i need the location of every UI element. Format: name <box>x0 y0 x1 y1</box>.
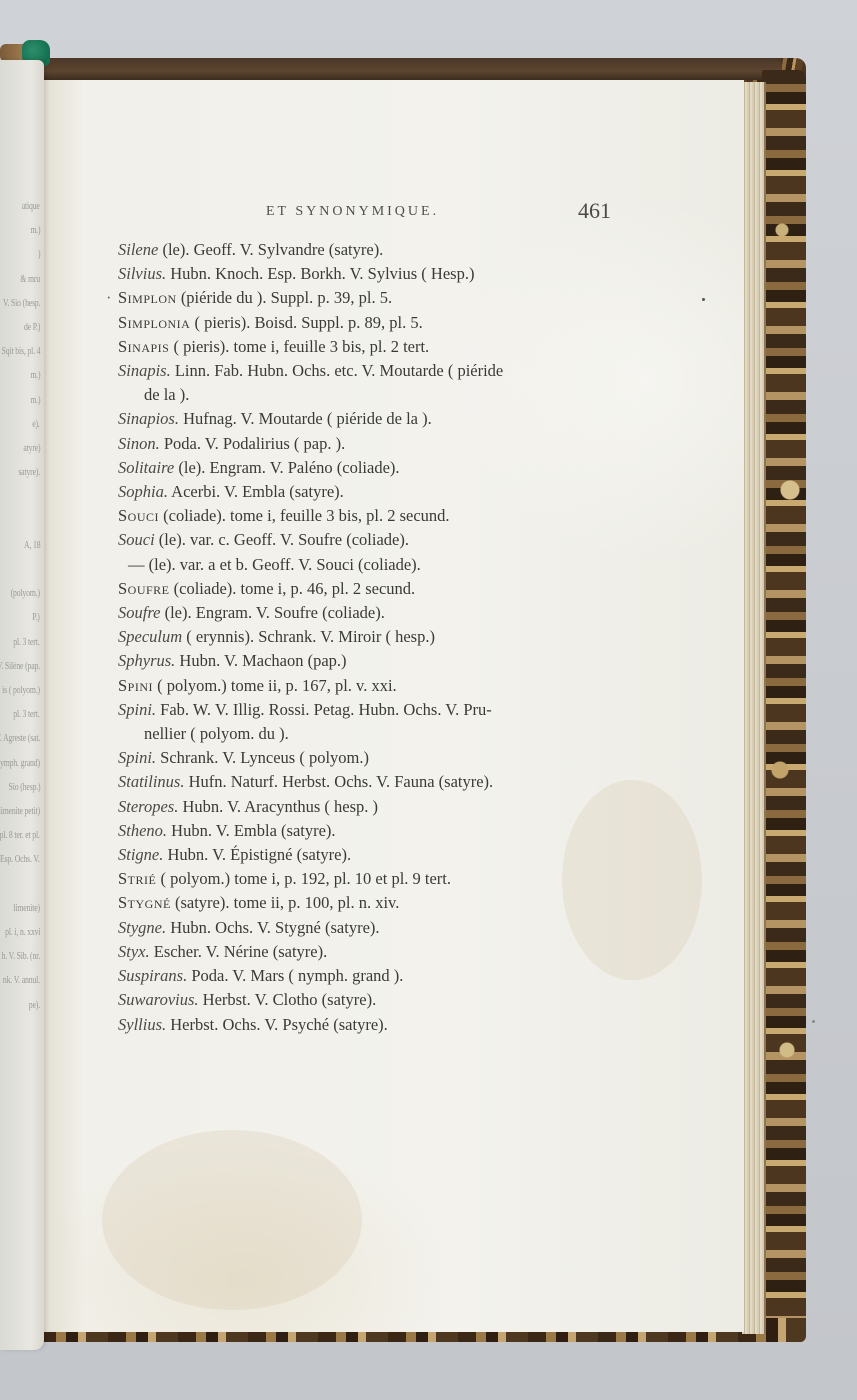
entry-reference: Schrank. V. Lynceus ( polyom.) <box>156 748 369 767</box>
entry-reference: (satyre). tome ii, p. 100, pl. n. xiv. <box>171 893 400 912</box>
entry-reference: (piéride du ). Suppl. p. 39, pl. 5. <box>177 288 392 307</box>
index-entry: Spini ( polyom.) tome ii, p. 167, pl. v.… <box>118 674 638 698</box>
left-page-text-fragment: de P.) <box>24 321 40 333</box>
left-page-text-fragment: is ( polyom.) <box>2 684 40 696</box>
entry-reference: ( pieris). tome i, feuille 3 bis, pl. 2 … <box>169 337 429 356</box>
entry-term: Stygné <box>118 893 171 912</box>
entry-term: Statilinus. <box>118 772 184 791</box>
entry-term: Spini <box>118 676 153 695</box>
entry-term: Simplonia <box>118 313 190 332</box>
index-entry: Sphyrus. Hubn. V. Machaon (pap.) <box>118 649 638 673</box>
index-entry: nellier ( polyom. du ). <box>118 722 638 746</box>
entry-term: Sphyrus. <box>118 651 175 670</box>
left-page-text-fragment: m.) <box>30 224 40 236</box>
left-page-text-fragment: e). <box>33 418 40 430</box>
entry-reference: Hubn. V. Aracynthus ( hesp. ) <box>178 797 378 816</box>
left-page-text-fragment: A, 18 <box>24 539 40 551</box>
entry-reference: ( polyom.) tome i, p. 192, pl. 10 et pl.… <box>156 869 451 888</box>
entry-reference: ( erynnis). Schrank. V. Miroir ( hesp.) <box>182 627 435 646</box>
index-entry: Sinapis ( pieris). tome i, feuille 3 bis… <box>118 335 638 359</box>
entry-term: Sinon. <box>118 434 160 453</box>
left-page-text-fragment: limenite) <box>13 902 40 914</box>
index-entry: Speculum ( erynnis). Schrank. V. Miroir … <box>118 625 638 649</box>
entry-term: Styx. <box>118 942 150 961</box>
entry-term: Steropes. <box>118 797 178 816</box>
left-page-text-fragment: satyre). <box>18 466 40 478</box>
index-entry: Sinapios. Hufnag. V. Moutarde ( piéride … <box>118 407 638 431</box>
left-page-text-fragment: ie. V. Silène (pap. <box>0 660 40 672</box>
entry-reference: Escher. V. Nérine (satyre). <box>150 942 328 961</box>
entry-reference: (coliade). tome i, feuille 3 bis, pl. 2 … <box>159 506 450 525</box>
left-page-text-fragment: h. V. Sib. (nr. <box>2 950 40 962</box>
entry-reference: Fab. W. V. Illig. Rossi. Petag. Hubn. Oc… <box>156 700 492 719</box>
entry-term: Solitaire <box>118 458 174 477</box>
index-entry: Styx. Escher. V. Nérine (satyre). <box>118 940 638 964</box>
index-entry: Suwarovius. Herbst. V. Clotho (satyre). <box>118 988 638 1012</box>
index-entry: Simplonia ( pieris). Boisd. Suppl. p. 89… <box>118 311 638 335</box>
entry-reference: Linn. Fab. Hubn. Ochs. etc. V. Moutarde … <box>171 361 504 380</box>
entry-reference: ( pieris). Boisd. Suppl. p. 89, pl. 5. <box>190 313 422 332</box>
entry-term: Silene <box>118 240 158 259</box>
left-page-text-fragment: ie. F. Agreste (sat. <box>0 732 40 744</box>
index-entry: Solitaire (le). Engram. V. Paléno (colia… <box>118 456 638 480</box>
entry-term: Spini. <box>118 700 156 719</box>
left-page-text-fragment: 6, pl. 8 ter. et pl. <box>0 829 40 841</box>
entry-reference: (le). var. a et b. Geoff. V. Souci (coli… <box>145 555 421 574</box>
index-entry: Spini. Fab. W. V. Illig. Rossi. Petag. H… <box>118 698 638 722</box>
entry-reference: (coliade). tome i, p. 46, pl. 2 secund. <box>170 579 416 598</box>
left-page-text-fragment: ymph. grand) <box>0 757 40 769</box>
entry-reference: Poda. V. Podalirius ( pap. ). <box>160 434 345 453</box>
left-page-text-fragment: pl. 3 tert. <box>14 708 40 720</box>
entry-term: Soufre <box>118 603 160 622</box>
book-cover-spine-edge <box>762 70 806 1338</box>
entry-term: Sinapis <box>118 337 169 356</box>
index-entry: Spini. Schrank. V. Lynceus ( polyom.) <box>118 746 638 770</box>
left-page-text-fragment: V. Sio (hesp. <box>3 297 40 309</box>
entry-reference: Hufn. Naturf. Herbst. Ochs. V. Fauna (sa… <box>184 772 493 791</box>
index-entry: Souci (coliade). tome i, feuille 3 bis, … <box>118 504 638 528</box>
left-page-text-fragment: pl. 3 tert. <box>14 636 40 648</box>
entry-reference: Hubn. Knoch. Esp. Borkh. V. Sylvius ( He… <box>166 264 474 283</box>
entry-term: Silvius. <box>118 264 166 283</box>
left-page-text-fragment: pe). <box>29 999 40 1011</box>
entry-term: Souci <box>118 506 159 525</box>
entry-reference: Herbst. V. Clotho (satyre). <box>199 990 377 1009</box>
entry-reference: (le). Engram. V. Paléno (coliade). <box>174 458 399 477</box>
entry-reference: (le). Engram. V. Soufre (coliade). <box>160 603 384 622</box>
left-page-text-fragment: pl. i, n. xxvi <box>5 926 40 938</box>
index-entries: Silene (le). Geoff. V. Sylvandre (satyre… <box>118 238 638 1037</box>
entry-reference: Hubn. V. Embla (satyre). <box>167 821 336 840</box>
book-photo: atiquem.))& mruV. Sio (hesp.de P.)Sqit b… <box>0 0 857 1400</box>
index-entry: Strié ( polyom.) tome i, p. 192, pl. 10 … <box>118 867 638 891</box>
index-entry: Sophia. Acerbi. V. Embla (satyre). <box>118 480 638 504</box>
entry-reference: Hubn. V. Machaon (pap.) <box>175 651 346 670</box>
entry-term: Suwarovius. <box>118 990 199 1009</box>
entry-term: Stigne. <box>118 845 163 864</box>
entry-reference: Hufnag. V. Moutarde ( piéride de la ). <box>179 409 432 428</box>
left-page-text-fragment: ) <box>38 248 40 260</box>
entry-term: Stheno. <box>118 821 167 840</box>
entry-reference: Herbst. Ochs. V. Psyché (satyre). <box>166 1015 388 1034</box>
left-page-text-fragment: atyre) <box>23 442 40 454</box>
left-page-text-fragment: Sio (hesp.) <box>8 781 40 793</box>
left-page-text-fragment: m.) <box>30 369 40 381</box>
entry-term: Simplon <box>118 288 177 307</box>
index-entry: Suspirans. Poda. V. Mars ( nymph. grand … <box>118 964 638 988</box>
page-edges <box>742 82 766 1334</box>
entry-reference: Hubn. Ochs. V. Stygné (satyre). <box>166 918 379 937</box>
entry-term: Sinapis. <box>118 361 171 380</box>
left-page-text-fragment: st. Esp. Ochs. V. <box>0 853 40 865</box>
index-entry: Stygne. Hubn. Ochs. V. Stygné (satyre). <box>118 916 638 940</box>
entry-reference: Poda. V. Mars ( nymph. grand ). <box>187 966 403 985</box>
book-cover-top-edge <box>40 58 782 80</box>
entry-term: Stygne. <box>118 918 166 937</box>
index-entry: ·Simplon (piéride du ). Suppl. p. 39, pl… <box>118 286 638 310</box>
entry-term: Soufre <box>118 579 170 598</box>
left-page-text-fragment: nk. V. annul. <box>3 974 40 986</box>
entry-term: Suspirans. <box>118 966 187 985</box>
index-entry: Stheno. Hubn. V. Embla (satyre). <box>118 819 638 843</box>
entry-reference: Hubn. V. Épistigné (satyre). <box>163 845 351 864</box>
index-entry: Souci (le). var. c. Geoff. V. Soufre (co… <box>118 528 638 552</box>
index-entry: Stygné (satyre). tome ii, p. 100, pl. n.… <box>118 891 638 915</box>
margin-dot: · <box>106 286 112 310</box>
page-number: 461 <box>578 198 611 224</box>
index-entry: Sinapis. Linn. Fab. Hubn. Ochs. etc. V. … <box>118 359 638 383</box>
index-entry: Stigne. Hubn. V. Épistigné (satyre). <box>118 843 638 867</box>
entry-term: Sophia. <box>118 482 168 501</box>
left-page-text-fragment: m.) <box>30 394 40 406</box>
left-page-text-fragment: atique <box>22 200 40 212</box>
entry-reference: (le). var. c. Geoff. V. Soufre (coliade)… <box>155 530 409 549</box>
entry-term: Sinapios. <box>118 409 179 428</box>
entry-term: Spini. <box>118 748 156 767</box>
left-page-text-fragment: limenite petit) <box>0 805 40 817</box>
index-entry: Steropes. Hubn. V. Aracynthus ( hesp. ) <box>118 795 638 819</box>
index-entry: de la ). <box>118 383 638 407</box>
entry-term: — <box>128 555 145 574</box>
index-entry: Syllius. Herbst. Ochs. V. Psyché (satyre… <box>118 1013 638 1037</box>
entry-reference: (le). Geoff. V. Sylvandre (satyre). <box>158 240 383 259</box>
index-entry: Silene (le). Geoff. V. Sylvandre (satyre… <box>118 238 638 262</box>
entry-term: Souci <box>118 530 155 549</box>
index-entry: Soufre (coliade). tome i, p. 46, pl. 2 s… <box>118 577 638 601</box>
entry-reference: de la ). <box>144 385 189 404</box>
entry-term: Strié <box>118 869 156 888</box>
left-page-text-fragment: & mru <box>20 273 40 285</box>
left-page-text-fragment: P.) <box>32 611 40 623</box>
left-page-edge: atiquem.))& mruV. Sio (hesp.de P.)Sqit b… <box>0 60 44 1350</box>
entry-reference: nellier ( polyom. du ). <box>144 724 289 743</box>
entry-term: Syllius. <box>118 1015 166 1034</box>
running-head: ET SYNONYMIQUE. <box>266 204 439 220</box>
entry-reference: Acerbi. V. Embla (satyre). <box>168 482 344 501</box>
left-page-text-fragment: Sqit bis, pl. 4 <box>1 345 40 357</box>
index-entry: — (le). var. a et b. Geoff. V. Souci (co… <box>118 553 638 577</box>
index-entry: Sinon. Poda. V. Podalirius ( pap. ). <box>118 432 638 456</box>
index-entry: Silvius. Hubn. Knoch. Esp. Borkh. V. Syl… <box>118 262 638 286</box>
left-page-text-fragment: (polyom.) <box>11 587 40 599</box>
entry-term: Speculum <box>118 627 182 646</box>
index-entry: Statilinus. Hufn. Naturf. Herbst. Ochs. … <box>118 770 638 794</box>
entry-reference: ( polyom.) tome ii, p. 167, pl. v. xxi. <box>153 676 397 695</box>
index-entry: Soufre (le). Engram. V. Soufre (coliade)… <box>118 601 638 625</box>
